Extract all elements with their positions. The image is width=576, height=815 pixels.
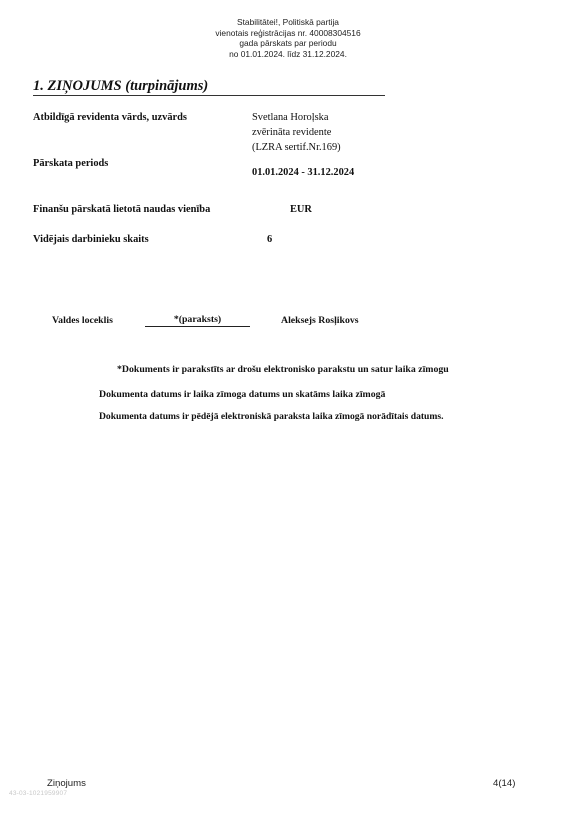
period-label: Pārskata periods <box>33 157 108 170</box>
auditor-name: Svetlana Horoļska <box>252 111 341 126</box>
auditor-certificate: (LZRA sertif.Nr.169) <box>252 141 341 156</box>
auditor-label: Atbildīgā revidenta vārds, uzvārds <box>33 111 187 124</box>
staff-count-label: Vidējais darbinieku skaits <box>33 233 149 246</box>
footer-document-id: 43-03-1021959907 <box>9 790 67 797</box>
header-report-period: no 01.01.2024. līdz 31.12.2024. <box>0 49 576 59</box>
staff-count-value: 6 <box>267 233 272 246</box>
header-party-name: Stabilitātei!, Politiskā partija <box>0 17 576 27</box>
timestamp-note: Dokumenta datums ir laika zīmoga datums … <box>99 388 385 401</box>
header-report-type: gada pārskats par periodu <box>0 38 576 48</box>
period-value: 01.01.2024 - 31.12.2024 <box>252 166 354 179</box>
auditor-title: zvērināta revidente <box>252 126 341 141</box>
auditor-value: Svetlana Horoļska zvērināta revidente (L… <box>252 111 341 156</box>
document-page: Stabilitātei!, Politiskā partija vienota… <box>0 0 576 815</box>
header-registration-number: vienotais reģistrācijas nr. 40008304516 <box>0 28 576 38</box>
signature-line: *(paraksts) <box>145 314 250 327</box>
footer-document-name: Ziņojums <box>47 778 86 789</box>
currency-value: EUR <box>290 203 312 216</box>
currency-label: Finanšu pārskatā lietotā naudas vienība <box>33 203 210 216</box>
board-member-label: Valdes loceklis <box>52 314 113 327</box>
signer-name: Aleksejs Rosļikovs <box>281 314 359 327</box>
section-title: 1. ZIŅOJUMS (turpinājums) <box>33 78 385 96</box>
footer-page-indicator: 4(14) <box>493 778 515 789</box>
document-date-note: Dokumenta datums ir pēdējā elektroniskā … <box>99 410 444 423</box>
e-signature-note: *Dokuments ir parakstīts ar drošu elektr… <box>117 363 449 376</box>
